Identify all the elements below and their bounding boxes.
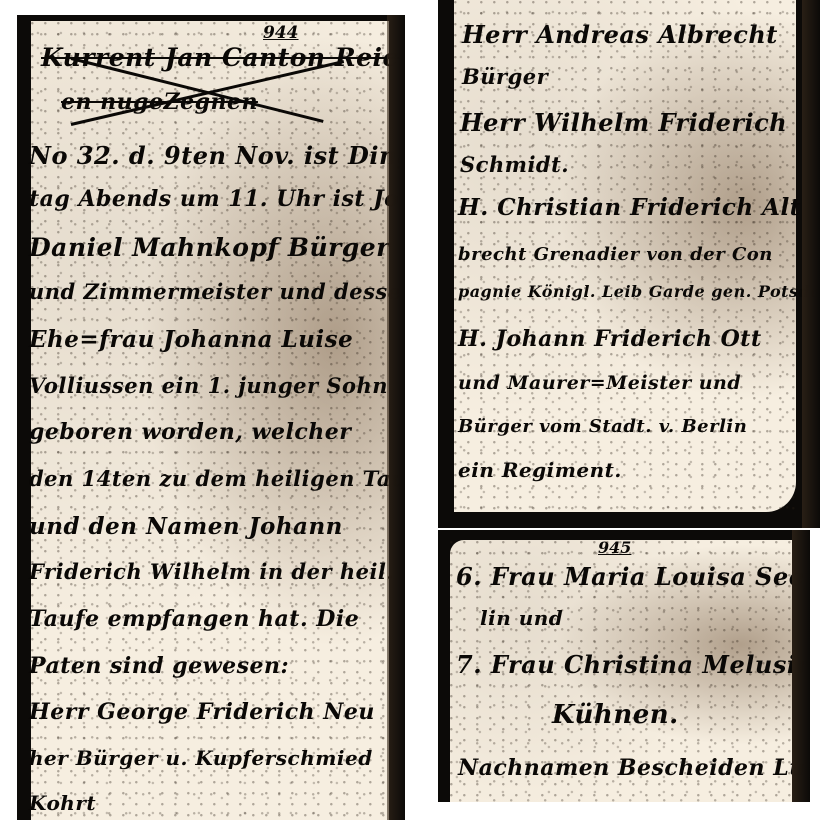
record-line: Friderich Wilhelm in der heil. (29, 559, 394, 584)
page-number: 945 (598, 538, 631, 557)
record-line: Herr Wilhelm Friderich (460, 108, 787, 137)
record-line: Kühnen. (552, 700, 679, 730)
page-gutter-shadow (387, 15, 405, 820)
record-line: lin und (480, 606, 563, 630)
page-gutter-shadow (802, 0, 820, 528)
record-line: H. Christian Friderich Alt (458, 194, 801, 221)
record-line: 6. Frau Maria Louisa Seefe (456, 562, 810, 591)
right-bottom-page-scan: 945 6. Frau Maria Louisa Seefe lin und 7… (438, 530, 810, 802)
record-line: und Zimmermeister und dessen (29, 279, 405, 304)
record-line: Taufe empfangen hat. Die (29, 606, 359, 632)
record-line: Volliussen ein 1. junger Sohn (29, 373, 388, 398)
record-line: Bürger (462, 64, 548, 89)
record-line: Herr Andreas Albrecht (462, 20, 778, 49)
record-line: Schmidt. (460, 152, 569, 177)
right-top-page-paper: Herr Andreas Albrecht Bürger Herr Wilhel… (454, 0, 796, 512)
record-line: No 32. d. 9ten Nov. ist Ding (29, 141, 405, 170)
record-line: Paten sind gewesen: (29, 653, 289, 679)
record-line: Herr George Friderich Neu (29, 699, 375, 725)
record-line: Daniel Mahnkopf Bürger (29, 233, 390, 262)
right-top-page-scan: Herr Andreas Albrecht Bürger Herr Wilhel… (438, 0, 820, 528)
record-line: und Maurer=Meister und (458, 372, 741, 394)
record-line: Ehe=frau Johanna Luise (29, 326, 353, 353)
record-line: Nachnamen Bescheiden Luise (458, 755, 810, 781)
record-line: 7. Frau Christina Melusina (456, 650, 810, 679)
record-line: ein Regiment. (458, 458, 622, 482)
record-line: Bürger vom Stadt. v. Berlin (458, 416, 747, 437)
struck-line: Kurrent Jan Canton Reich. (41, 43, 405, 72)
left-page-scan: 944 Kurrent Jan Canton Reich. en nugeZeg… (17, 15, 405, 820)
record-line: H. Johann Friderich Ott (458, 326, 762, 352)
record-line: Kohrt (29, 791, 96, 815)
page-number: 944 (263, 23, 299, 43)
record-line: brecht Grenadier von der Con (458, 244, 773, 265)
record-line: her Bürger u. Kupferschmied (29, 746, 373, 770)
record-line: und den Namen Johann (29, 513, 343, 540)
record-line: tag Abends um 11. Uhr ist Johann (29, 186, 405, 212)
record-line: geboren worden, welcher (29, 419, 351, 445)
right-bottom-page-paper: 945 6. Frau Maria Louisa Seefe lin und 7… (450, 540, 792, 802)
page-gutter-shadow (792, 530, 810, 802)
record-line: den 14ten zu dem heiligen Tauf (29, 466, 405, 491)
left-page-paper: 944 Kurrent Jan Canton Reich. en nugeZeg… (31, 21, 389, 820)
record-line: pagnie Königl. Leib Garde gen. Potsdam (458, 282, 820, 301)
